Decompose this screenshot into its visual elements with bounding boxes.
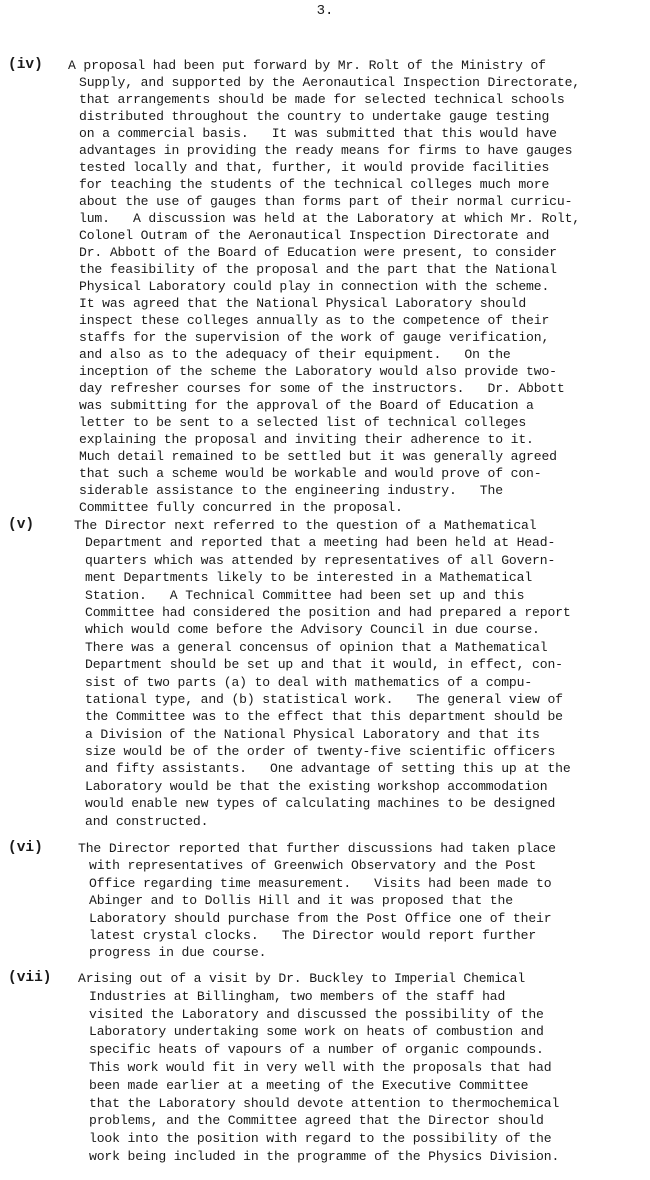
- page-number: 3.: [0, 2, 650, 20]
- text-line: It was agreed that the National Physical…: [79, 295, 580, 312]
- text-line: ment Departments likely to be interested…: [85, 569, 571, 586]
- text-line: Station. A Technical Committee had been …: [85, 587, 571, 604]
- text-line: inspect these colleges annually as to th…: [79, 312, 580, 329]
- text-line: advantages in providing the ready means …: [79, 142, 580, 159]
- text-line: would enable new types of calculating ma…: [85, 795, 571, 812]
- text-line: Department and reported that a meeting h…: [85, 534, 571, 551]
- item-label: (v): [8, 517, 34, 534]
- text-line: letter to be sent to a selected list of …: [79, 414, 580, 431]
- text-line: look into the position with regard to th…: [89, 1130, 559, 1148]
- text-line: Physical Laboratory could play in connec…: [79, 278, 580, 295]
- text-line: sist of two parts (a) to deal with mathe…: [85, 674, 571, 691]
- text-line: with representatives of Greenwich Observ…: [89, 857, 556, 874]
- text-line: work being included in the programme of …: [89, 1148, 559, 1166]
- text-line: siderable assistance to the engineering …: [79, 482, 580, 499]
- text-line: a Division of the National Physical Labo…: [85, 726, 571, 743]
- text-line: about the use of gauges than forms part …: [79, 193, 580, 210]
- item-label: (iv): [8, 57, 43, 74]
- text-line: that arrangements should be made for sel…: [79, 91, 580, 108]
- text-line: Laboratory undertaking some work on heat…: [89, 1023, 559, 1041]
- text-line: Office regarding time measurement. Visit…: [89, 875, 556, 892]
- text-line: the feasibility of the proposal and the …: [79, 261, 580, 278]
- text-line: that the Laboratory should devote attent…: [89, 1095, 559, 1113]
- text-line: day refresher courses for some of the in…: [79, 380, 580, 397]
- text-line: Committee had considered the position an…: [85, 604, 571, 621]
- text-line: staffs for the supervision of the work o…: [79, 329, 580, 346]
- item-body: The Director next referred to the questi…: [85, 517, 571, 830]
- item-label: (vi): [8, 840, 43, 857]
- text-line: and fifty assistants. One advantage of s…: [85, 760, 571, 777]
- item-label: (vii): [8, 970, 52, 987]
- text-line: and also as to the adequacy of their equ…: [79, 346, 580, 363]
- text-line: tested locally and that, further, it wou…: [79, 159, 580, 176]
- text-line: tational type, and (b) statistical work.…: [85, 691, 571, 708]
- text-line: Colonel Outram of the Aeronautical Inspe…: [79, 227, 580, 244]
- text-line: progress in due course.: [89, 944, 556, 961]
- item-body: A proposal had been put forward by Mr. R…: [79, 57, 580, 516]
- text-line: and constructed.: [85, 813, 571, 830]
- text-line: was submitting for the approval of the B…: [79, 397, 580, 414]
- text-line: The Director reported that further discu…: [78, 840, 556, 857]
- text-line: Industries at Billingham, two members of…: [89, 988, 559, 1006]
- text-line: This work would fit in very well with th…: [89, 1059, 559, 1077]
- text-line: specific heats of vapours of a number of…: [89, 1041, 559, 1059]
- text-line: been made earlier at a meeting of the Ex…: [89, 1077, 559, 1095]
- text-line: inception of the scheme the Laboratory w…: [79, 363, 580, 380]
- text-line: Committee fully concurred in the proposa…: [79, 499, 580, 516]
- text-line: Arising out of a visit by Dr. Buckley to…: [78, 970, 559, 988]
- text-line: Supply, and supported by the Aeronautica…: [79, 74, 580, 91]
- item-body: Arising out of a visit by Dr. Buckley to…: [89, 970, 559, 1166]
- text-line: A proposal had been put forward by Mr. R…: [68, 57, 580, 74]
- text-line: distributed throughout the country to un…: [79, 108, 580, 125]
- text-line: Abinger and to Dollis Hill and it was pr…: [89, 892, 556, 909]
- text-line: which would come before the Advisory Cou…: [85, 621, 571, 638]
- text-line: The Director next referred to the questi…: [74, 517, 571, 534]
- text-line: latest crystal clocks. The Director woul…: [89, 927, 556, 944]
- text-line: Much detail remained to be settled but i…: [79, 448, 580, 465]
- text-line: lum. A discussion was held at the Labora…: [79, 210, 580, 227]
- text-line: size would be of the order of twenty-fiv…: [85, 743, 571, 760]
- text-line: quarters which was attended by represent…: [85, 552, 571, 569]
- text-line: visited the Laboratory and discussed the…: [89, 1006, 559, 1024]
- text-line: Dr. Abbott of the Board of Education wer…: [79, 244, 580, 261]
- text-line: the Committee was to the effect that thi…: [85, 708, 571, 725]
- text-line: explaining the proposal and inviting the…: [79, 431, 580, 448]
- text-line: on a commercial basis. It was submitted …: [79, 125, 580, 142]
- text-line: There was a general concensus of opinion…: [85, 639, 571, 656]
- text-line: problems, and the Committee agreed that …: [89, 1112, 559, 1130]
- text-line: Department should be set up and that it …: [85, 656, 571, 673]
- text-line: for teaching the students of the technic…: [79, 176, 580, 193]
- text-line: that such a scheme would be workable and…: [79, 465, 580, 482]
- text-line: Laboratory should purchase from the Post…: [89, 910, 556, 927]
- item-body: The Director reported that further discu…: [89, 840, 556, 962]
- text-line: Laboratory would be that the existing wo…: [85, 778, 571, 795]
